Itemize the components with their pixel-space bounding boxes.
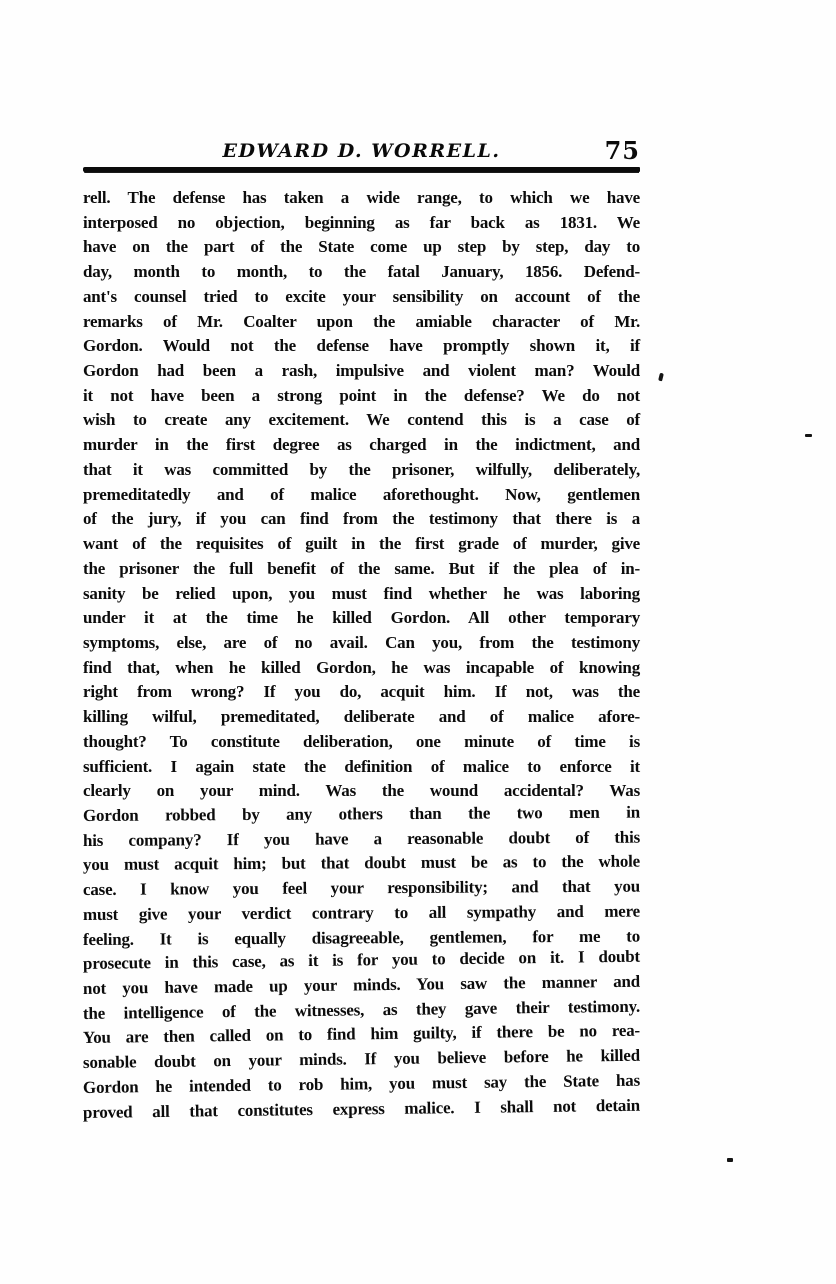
text-line: you must acquit him; but that doubt must…	[83, 850, 640, 878]
text-line: want of the requisites of guilt in the f…	[83, 532, 640, 557]
text-line: sanity be relied upon, you must find whe…	[83, 582, 640, 607]
text-line: the prisoner the full benefit of the sam…	[83, 557, 640, 582]
ink-speck	[658, 373, 664, 382]
header-rule	[83, 167, 640, 172]
text-line: have on the part of the State come up st…	[83, 235, 640, 260]
running-head: EDWARD D. WORRELL. 75	[83, 138, 640, 166]
book-page: EDWARD D. WORRELL. 75 rell. The defense …	[0, 0, 836, 1284]
text-line: of the jury, if you can find from the te…	[83, 507, 640, 532]
text-line: rell. The defense has taken a wide range…	[83, 186, 640, 211]
text-line: remarks of Mr. Coalter upon the amiable …	[83, 310, 640, 335]
text-line: Gordon. Would not the defense have promp…	[83, 334, 640, 359]
text-line: killing wilful, premeditated, deliberate…	[83, 705, 640, 730]
text-line: Gordon robbed by any others than the two…	[83, 801, 640, 829]
page-title: EDWARD D. WORRELL.	[83, 140, 640, 162]
text-line: under it at the time he killed Gordon. A…	[83, 606, 640, 631]
text-line: case. I know you feel your responsibilit…	[83, 875, 640, 903]
text-line: interposed no objection, beginning as fa…	[83, 211, 640, 236]
text-line: that it was committed by the prisoner, w…	[83, 458, 640, 483]
body-text: rell. The defense has taken a wide range…	[83, 186, 640, 1125]
text-line: right from wrong? If you do, acquit him.…	[83, 680, 640, 705]
text-line: it not have been a strong point in the d…	[83, 384, 640, 409]
text-line: must give your verdict contrary to all s…	[83, 899, 640, 927]
text-line: wish to create any excitement. We conten…	[83, 408, 640, 433]
page-number: 75	[605, 136, 640, 165]
text-line: symptoms, else, are of no avail. Can you…	[83, 631, 640, 656]
text-line: ant's counsel tried to excite your sensi…	[83, 285, 640, 310]
text-line: Gordon had been a rash, impulsive and vi…	[83, 359, 640, 384]
ink-speck	[805, 434, 812, 437]
text-line: murder in the first degree as charged in…	[83, 433, 640, 458]
text-line: thought? To constitute deliberation, one…	[83, 730, 640, 755]
text-line: premeditatedly and of malice aforethough…	[83, 483, 640, 508]
text-line: day, month to month, to the fatal Januar…	[83, 260, 640, 285]
text-line: sufficient. I again state the definition…	[83, 755, 640, 780]
ink-speck	[727, 1158, 733, 1162]
text-line: find that, when he killed Gordon, he was…	[83, 656, 640, 681]
